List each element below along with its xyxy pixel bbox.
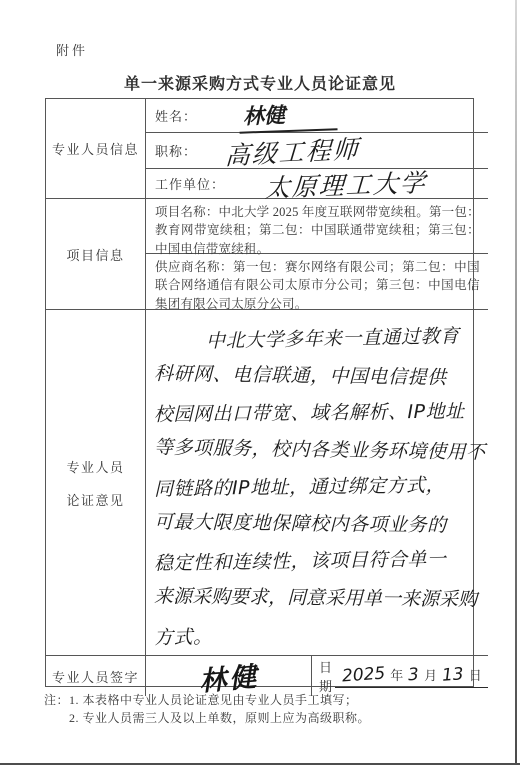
opinion-row-label: 专业人员 论证意见 <box>46 310 146 656</box>
footnote-2-text: 2. 专业人员需三人及以上单数，原则上应为高级职称。 <box>69 710 370 728</box>
attachment-label: 附件 <box>56 40 88 59</box>
scanned-document-page: 附件 单一来源采购方式专业人员论证意见 专业人员信息 姓名： 林健 职称： 高级… <box>0 0 520 768</box>
opinion-line: 同链路的IP地址，通过绑定方式， <box>154 468 488 510</box>
opinion-line: 中北大学多年来一直通过教育 <box>154 319 488 363</box>
date-year-unit: 年 <box>388 665 405 684</box>
page-title: 单一来源采购方式专业人员论证意见 <box>0 71 520 94</box>
work-unit-label: 工作单位： <box>155 174 225 193</box>
opinion-line: 可最大限度地保障校内各项业务的 <box>154 505 488 546</box>
footnote-1: 注： 1. 本表格中专业人员论证意见由专业人员手工填写； <box>44 692 474 710</box>
date-month-handwritten: 3 <box>405 664 423 685</box>
scan-edge-right <box>515 0 517 764</box>
date-value: 2025 年 3 月 13 日 <box>335 665 488 688</box>
name-label: 姓名： <box>155 106 197 125</box>
scan-edge-bottom <box>0 763 520 765</box>
date-label: 日期 <box>319 657 332 695</box>
job-title-field-row: 职称： 高级工程师 <box>146 133 488 169</box>
date-year-handwritten: 2025 <box>338 663 389 686</box>
date-cell: 日期 2025 年 3 月 13 日 <box>312 656 488 696</box>
date-day-unit: 日 <box>467 665 484 684</box>
project-name-cell: 项目名称：中北大学 2025 年度互联网带宽续租。第一包：教育网带宽续租；第二包… <box>146 199 488 254</box>
signature-row-label: 专业人员签字 <box>46 656 146 696</box>
project-info-row-label: 项目信息 <box>46 199 146 310</box>
job-title-label: 职称： <box>155 141 197 160</box>
date-day-handwritten: 13 <box>438 664 467 686</box>
footnote-prefix: 注： <box>44 692 69 710</box>
opinion-row-label-text: 专业人员 论证意见 <box>66 457 124 509</box>
opinion-handwritten-text: 中北大学多年来一直通过教育 科研网、电信联通，中国电信提供 校园网出口带宽、域名… <box>146 310 488 655</box>
signature-cell: 林健 <box>146 656 312 696</box>
footnote-2: 2. 专业人员需三人及以上单数，原则上应为高级职称。 <box>44 710 474 728</box>
opinion-line: 来源采购要求，同意采用单一来源采购 <box>154 579 488 619</box>
opinion-line: 稳定性和连续性，该项目符合单一 <box>154 541 488 583</box>
footnotes: 注： 1. 本表格中专业人员论证意见由专业人员手工填写； 2. 专业人员需三人及… <box>44 692 474 727</box>
footnote-1-text: 1. 本表格中专业人员论证意见由专业人员手工填写； <box>69 692 358 710</box>
opinion-handwritten-cell: 中北大学多年来一直通过教育 科研网、电信联通，中国电信提供 校园网出口带宽、域名… <box>146 310 488 656</box>
personnel-info-row-label: 专业人员信息 <box>46 99 146 199</box>
date-month-unit: 月 <box>422 665 439 684</box>
work-unit-field-row: 工作单位： 太原理工大学 <box>146 169 488 199</box>
opinion-line: 科研网、电信联通，中国电信提供 <box>154 357 488 399</box>
opinion-line: 方式。 <box>154 615 488 658</box>
opinion-line: 校园网出口带宽、域名解析、IP地址 <box>154 394 488 434</box>
supplier-name-cell: 供应商名称：第一包：赛尔网络有限公司；第二包：中国联合网络通信有限公司太原市分公… <box>146 254 488 310</box>
opinion-line: 等多项服务，校内各类业务环境使用不 <box>154 430 488 472</box>
verification-form-table: 专业人员信息 姓名： 林健 职称： 高级工程师 工作单位： 太原理工大学 项目信… <box>45 98 474 687</box>
name-field-row: 姓名： 林健 <box>146 99 488 133</box>
name-handwritten-value: 林健 <box>238 97 337 133</box>
